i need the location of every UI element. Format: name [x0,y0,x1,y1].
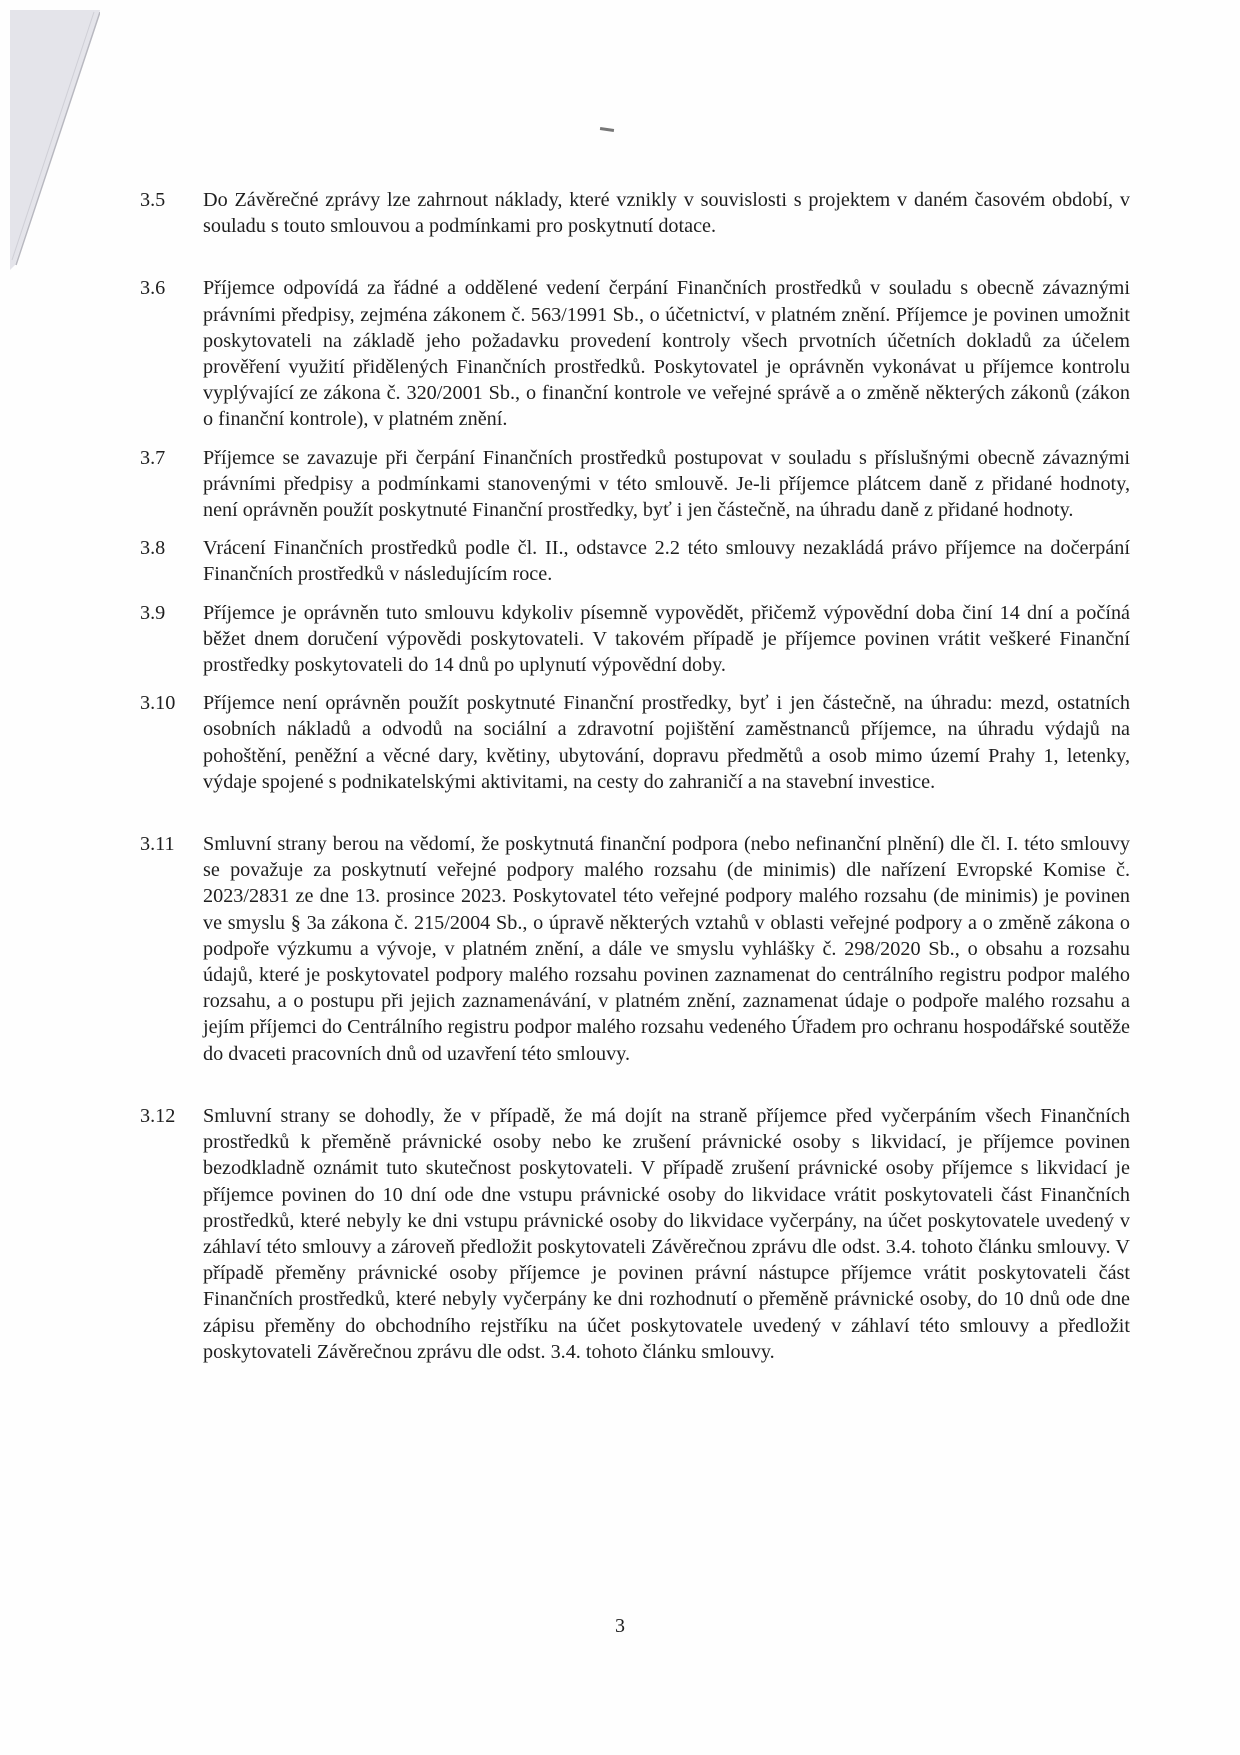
clause-number: 3.5 [140,187,203,239]
clause-3-7: 3.7 Příjemce se zavazuje při čerpání Fin… [140,445,1130,524]
document-page: 3.5 Do Závěrečné zprávy lze zahrnout nák… [0,0,1240,1755]
clause-text: Do Závěrečné zprávy lze zahrnout náklady… [203,187,1130,239]
clause-number: 3.12 [140,1103,203,1365]
clause-number: 3.6 [140,275,203,432]
clause-3-11: 3.11 Smluvní strany berou na vědomí, že … [140,831,1130,1067]
page-curl-shadow-icon [10,10,100,270]
clause-3-6: 3.6 Příjemce odpovídá za řádné a oddělen… [140,275,1130,432]
scan-artifact-mark [600,127,614,132]
clause-text: Příjemce odpovídá za řádné a oddělené ve… [203,275,1130,432]
clause-list: 3.5 Do Závěrečné zprávy lze zahrnout nák… [140,187,1130,1377]
clause-number: 3.10 [140,690,203,795]
clause-number: 3.8 [140,535,203,587]
clause-text: Příjemce se zavazuje při čerpání Finančn… [203,445,1130,524]
clause-number: 3.9 [140,600,203,679]
clause-text: Smluvní strany berou na vědomí, že posky… [203,831,1130,1067]
clause-3-9: 3.9 Příjemce je oprávněn tuto smlouvu kd… [140,600,1130,679]
clause-text: Příjemce není oprávněn použít poskytnuté… [203,690,1130,795]
clause-text: Příjemce je oprávněn tuto smlouvu kdykol… [203,600,1130,679]
page-number: 3 [0,1615,1240,1638]
clause-3-12: 3.12 Smluvní strany se dohodly, že v pří… [140,1103,1130,1365]
clause-3-5: 3.5 Do Závěrečné zprávy lze zahrnout nák… [140,187,1130,239]
clause-3-8: 3.8 Vrácení Finančních prostředků podle … [140,535,1130,587]
clause-text: Vrácení Finančních prostředků podle čl. … [203,535,1130,587]
clause-3-10: 3.10 Příjemce není oprávněn použít posky… [140,690,1130,795]
clause-number: 3.7 [140,445,203,524]
clause-number: 3.11 [140,831,203,1067]
clause-text: Smluvní strany se dohodly, že v případě,… [203,1103,1130,1365]
